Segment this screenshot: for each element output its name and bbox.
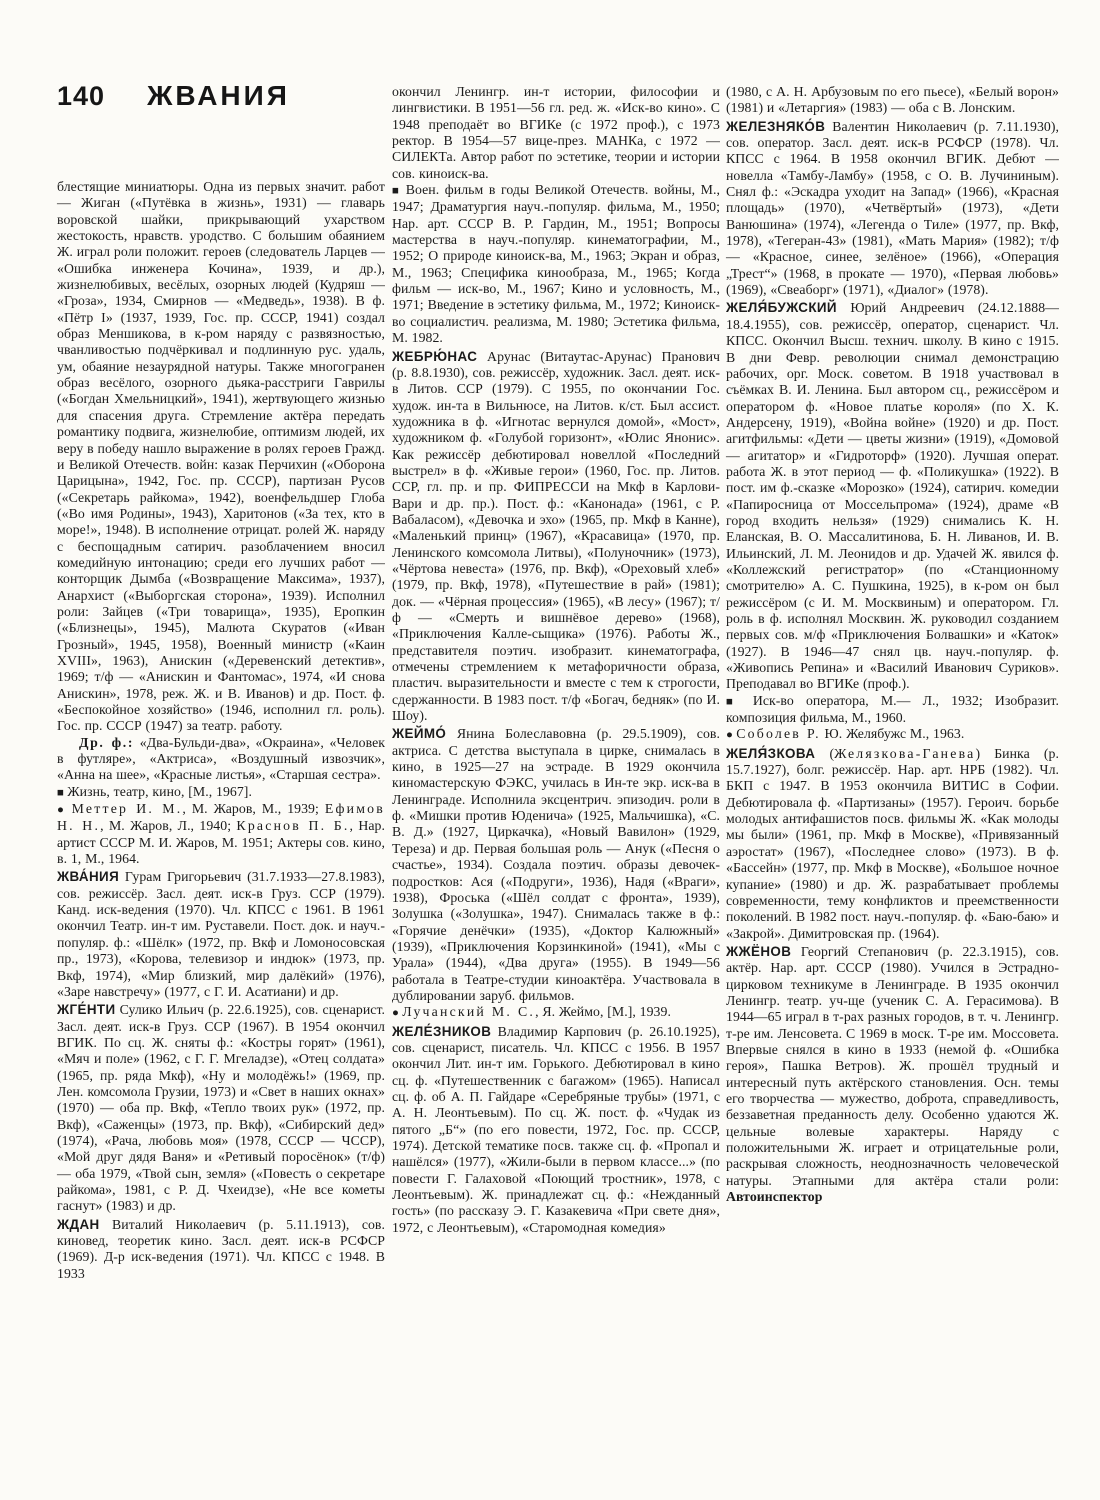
entry-zheleznikov: ЖЕЛЕ́ЗНИКОВ Владимир Карпович (р. 26.10.… bbox=[392, 1024, 720, 1236]
entry-headword: ЖЕЛЕЗНЯКО́В bbox=[726, 119, 825, 134]
entry-headword: ЖЕЙМО́ bbox=[392, 726, 446, 741]
bibliography-marker-icon: ■ bbox=[392, 185, 406, 197]
entry-headword: ЖЕЛЯ́ЗКОВА bbox=[726, 746, 815, 761]
bibliography-marker-icon: ● bbox=[726, 729, 736, 741]
text-segment: Юрий Андреевич (24.12.1888—18.4.1955), с… bbox=[726, 300, 1059, 691]
text-segment: Сулико Ильич (р. 22.6.1925), сов. сценар… bbox=[57, 1002, 385, 1213]
text-segment: Иск-во оператора, М.— Л., 1932; Изобрази… bbox=[726, 693, 1059, 725]
text-segment: Воен. фильм в годы Великой Отечеств. вой… bbox=[392, 182, 720, 345]
text-segment: Желязкова-Ганева bbox=[834, 746, 975, 761]
text-segment: Георгий Степанович (р. 22.3.1915), сов. … bbox=[726, 944, 1059, 1188]
text-segment: Лучанский М. С. bbox=[402, 1004, 535, 1019]
text-segment: ) Бинка (р. 15.7.1927), болг. режиссёр. … bbox=[726, 746, 1059, 941]
zharov-article-continuation: блестящие миниатюры. Одна из первых знач… bbox=[57, 179, 385, 735]
text-segment: Автоинспектор bbox=[726, 1189, 822, 1204]
text-segment: Гурам Григорьевич (31.7.1933—27.8.1983),… bbox=[57, 869, 385, 998]
column-2: окончил Ленингр. ин-т истории, философии… bbox=[392, 84, 720, 1236]
text-segment: Краснов П. Б. bbox=[236, 818, 349, 833]
page-number: 140 bbox=[57, 81, 105, 112]
entry-zhdan: ЖДАН Виталий Николаевич (р. 5.11.1913), … bbox=[57, 1217, 385, 1282]
text-segment: Меттер И. М. bbox=[72, 801, 183, 816]
entry-zheymo: ЖЕЙМО́ Янина Болеславовна (р. 29.5.1909)… bbox=[392, 726, 720, 1004]
zharov-works: ■ Жизнь, театр, кино, [М., 1967]. bbox=[57, 784, 385, 801]
running-head: ЖВАНИЯ bbox=[147, 80, 290, 112]
text-segment: , Я. Жеймо, [М.], 1939. bbox=[535, 1004, 671, 1019]
text-segment: , М. Жаров, М., 1939; bbox=[182, 801, 325, 816]
column-3: (1980, с А. Н. Арбузовым по его пьесе), … bbox=[726, 84, 1059, 1205]
text-segment: Виталий Николаевич (р. 5.11.1913), сов. … bbox=[57, 1217, 385, 1281]
bibliography-marker-icon: ■ bbox=[726, 696, 753, 708]
column-1: блестящие миниатюры. Одна из первых знач… bbox=[57, 179, 385, 1282]
entry-zhebryunas: ЖЕБРЮ́НАС Арунас (Витаутас-Арунас) Прано… bbox=[392, 349, 720, 725]
text-segment: Валентин Николаевич (р. 7.11.1930), сов.… bbox=[726, 119, 1059, 297]
text-segment: Янина Болеславовна (р. 29.5.1909), сов. … bbox=[392, 726, 720, 1003]
entry-zhvaniya: ЖВА́НИЯ Гурам Григорьевич (31.7.1933—27.… bbox=[57, 869, 385, 1000]
text-segment: окончил Ленингр. ин-т истории, философии… bbox=[392, 84, 720, 181]
text-segment: Жизнь, театр, кино, [М., 1967]. bbox=[67, 784, 252, 799]
bibliography-marker-icon: ● bbox=[392, 1007, 402, 1019]
entry-headword: ЖЕЛЕ́ЗНИКОВ bbox=[392, 1024, 491, 1039]
entry-headword: ЖДАН bbox=[57, 1217, 100, 1232]
text-segment: Владимир Карпович (р. 26.10.1925), сов. … bbox=[392, 1024, 720, 1235]
text-segment: блестящие миниатюры. Одна из первых знач… bbox=[57, 179, 385, 733]
bibliography-marker-icon: ● bbox=[57, 804, 72, 816]
text-segment: Соболев Р. bbox=[736, 726, 821, 741]
entry-headword: ЖЕЛЯ́БУЖСКИЙ bbox=[726, 300, 837, 315]
entry-zhelyazkova: ЖЕЛЯ́ЗКОВА (Желязкова-Ганева) Бинка (р. … bbox=[726, 746, 1059, 942]
encyclopedia-page: 140 ЖВАНИЯ блестящие миниатюры. Одна из … bbox=[0, 0, 1100, 1500]
entry-headword: ЖЕБРЮ́НАС bbox=[392, 349, 477, 364]
zhdan-article-continuation: окончил Ленингр. ин-т истории, философии… bbox=[392, 84, 720, 182]
zheymo-literature: ● Лучанский М. С., Я. Жеймо, [М.], 1939. bbox=[392, 1004, 720, 1021]
text-segment: Ю. Желябужс М., 1963. bbox=[821, 726, 965, 741]
text-segment: Др. ф.: bbox=[79, 735, 134, 750]
text-segment: ( bbox=[815, 746, 834, 761]
zhdan-works: ■ Воен. фильм в годы Великой Отечеств. в… bbox=[392, 182, 720, 346]
zheleznikov-article-continuation: (1980, с А. Н. Арбузовым по его пьесе), … bbox=[726, 84, 1059, 117]
entry-zheleznyakov: ЖЕЛЕЗНЯКО́В Валентин Николаевич (р. 7.11… bbox=[726, 119, 1059, 299]
zhelyabuzhsky-works: ■ Иск-во оператора, М.— Л., 1932; Изобра… bbox=[726, 693, 1059, 727]
text-segment: (1980, с А. Н. Арбузовым по его пьесе), … bbox=[726, 84, 1059, 115]
text-segment: , М. Жаров, Л., 1940; bbox=[100, 818, 236, 833]
zharov-literature: ● Меттер И. М., М. Жаров, М., 1939; Ефим… bbox=[57, 801, 385, 867]
entry-headword: ЖГЕ́НТИ bbox=[57, 1002, 116, 1017]
entry-headword: ЖЖЁНОВ bbox=[726, 944, 791, 959]
bibliography-marker-icon: ■ bbox=[57, 787, 67, 799]
zharov-other-films: Др. ф.: «Два-Бульди-два», «Окраина», «Че… bbox=[57, 735, 385, 784]
entry-zhgenti: ЖГЕ́НТИ Сулико Ильич (р. 22.6.1925), сов… bbox=[57, 1002, 385, 1214]
text-segment: Арунас (Витаутас-Арунас) Пранович (р. 8.… bbox=[392, 349, 720, 724]
entry-zhelyabuzhsky: ЖЕЛЯ́БУЖСКИЙ Юрий Андреевич (24.12.1888—… bbox=[726, 300, 1059, 692]
page-header: 140 ЖВАНИЯ bbox=[57, 80, 290, 112]
entry-zhzhyonov: ЖЖЁНОВ Георгий Степанович (р. 22.3.1915)… bbox=[726, 944, 1059, 1206]
entry-headword: ЖВА́НИЯ bbox=[57, 869, 119, 884]
zhelyabuzhsky-literature: ● Соболев Р. Ю. Желябужс М., 1963. bbox=[726, 726, 1059, 743]
